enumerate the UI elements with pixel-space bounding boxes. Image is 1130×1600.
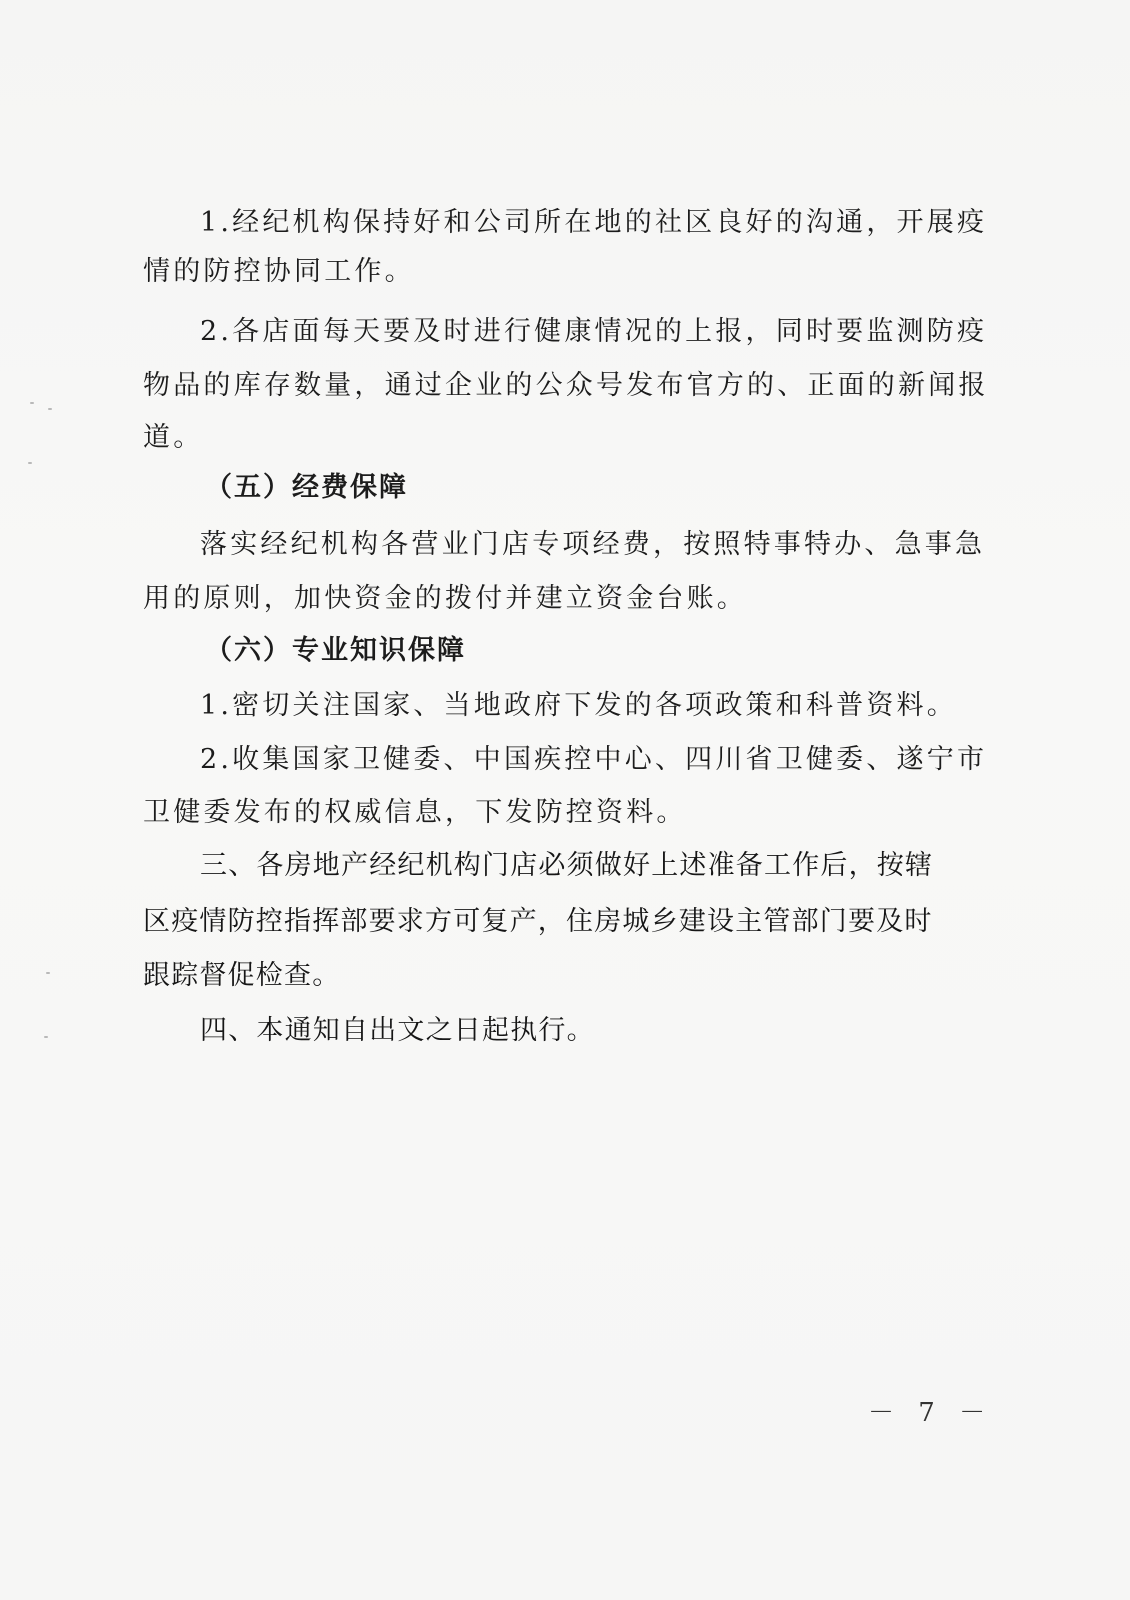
paragraph-1-line-2: 情的防控协同工作。 [143,252,415,292]
paragraph-6-line-3: 跟踪督促检查。 [143,956,340,996]
paragraph-5-line-1: 2.收集国家卫健委、中国疾控中心、四川省卫健委、遂宁市 [200,740,987,780]
paragraph-3-line-2: 用的原则，加快资金的拨付并建立资金台账。 [143,579,747,619]
section-heading-funding: （五）经费保障 [205,468,408,508]
scan-speck [30,402,34,404]
scan-speck [48,408,52,410]
page-number: － 7 － [868,1392,993,1429]
paragraph-3-line-1: 落实经纪机构各营业门店专项经费，按照特事特办、急事急 [200,525,985,565]
document-page: 1.经纪机构保持好和公司所在地的社区良好的沟通，开展疫 情的防控协同工作。 2.… [0,0,1130,1600]
paragraph-2-line-1: 2.各店面每天要及时进行健康情况的上报，同时要监测防疫 [200,312,987,352]
scan-speck [46,972,50,974]
paragraph-2-line-3: 道。 [143,418,203,458]
paragraph-7-line-1: 四、本通知自出文之日起执行。 [200,1011,595,1051]
paragraph-6-line-2: 区疫情防控指挥部要求方可复产，住房城乡建设主管部门要及时 [143,902,933,942]
scan-speck [28,462,32,464]
paragraph-6-line-1: 三、各房地产经纪机构门店必须做好上述准备工作后，按辖 [200,846,933,886]
paragraph-2-line-2: 物品的库存数量，通过企业的公众号发布官方的、正面的新闻报 [143,366,989,406]
scan-speck [44,1036,48,1038]
paragraph-5-line-2: 卫健委发布的权威信息，下发防控资料。 [143,793,687,833]
paragraph-4-line-1: 1.密切关注国家、当地政府下发的各项政策和科普资料。 [200,686,957,726]
paragraph-1-line-1: 1.经纪机构保持好和公司所在地的社区良好的沟通，开展疫 [200,203,987,243]
section-heading-knowledge: （六）专业知识保障 [205,631,466,671]
